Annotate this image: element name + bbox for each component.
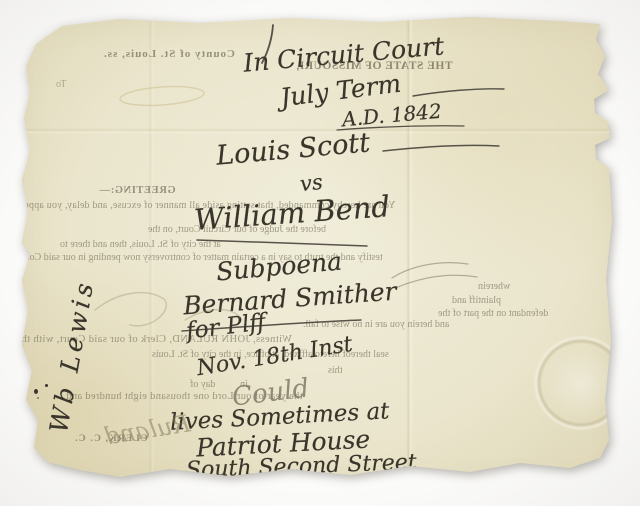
handwritten-versus: vs: [299, 170, 324, 196]
scanned-document-canvas: County of St. Louis, ss. THE STATE OF MI…: [0, 0, 640, 506]
ink-speck-3: [28, 420, 30, 423]
print-greeting-label: GREETING:—: [99, 185, 176, 196]
print-to-label: To: [56, 79, 66, 90]
aged-paper-sheet: County of St. Louis, ss. THE STATE OF MI…: [0, 0, 640, 506]
print-city-line: at the city of St. Louis, then and there…: [60, 239, 221, 250]
ink-speck-1: [34, 389, 38, 394]
print-wherein-label: wherein: [478, 281, 510, 292]
print-defendant-label: defendant on the part of the: [438, 308, 548, 319]
print-plaintiff-label: plaintiff and: [452, 295, 501, 306]
paper-shadow-wrapper: County of St. Louis, ss. THE STATE OF MI…: [0, 0, 640, 506]
ink-speck-4: [37, 397, 39, 399]
print-fail-line: and herein you are in no wise to fail.: [303, 319, 449, 330]
print-county-line: County of St. Louis, ss.: [103, 48, 235, 60]
embossed-court-seal: [528, 330, 634, 436]
print-this-label: this: [328, 365, 342, 376]
print-day-of-label: day of: [190, 379, 215, 390]
vertical-fold-crease: [406, 0, 413, 506]
ink-speck-2: [45, 384, 48, 387]
